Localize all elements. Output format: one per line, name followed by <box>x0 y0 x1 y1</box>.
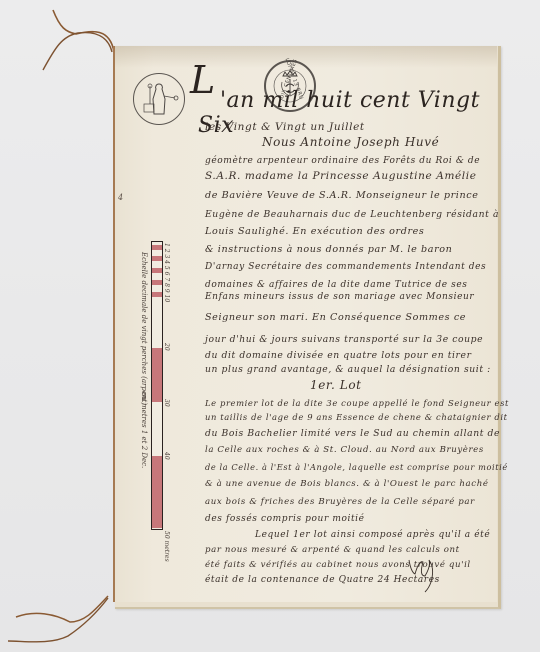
scale-tick: 30 <box>163 399 170 407</box>
lot-line: la Celle aux roches & à St. Cloud. au No… <box>205 445 484 455</box>
body-line: de Bavière Veuve de S.A.R. Monseigneur l… <box>205 190 479 201</box>
body-line: un plus grand avantage, & auquel la dési… <box>205 364 491 375</box>
lot-line: un taillis de l'age de 9 ans Essence de … <box>205 412 508 422</box>
body-line: Nous Antoine Joseph Huvé <box>262 135 439 149</box>
lot-line: aux bois & friches des Bruyères de la Ce… <box>205 497 475 507</box>
body-line: Enfans mineurs issus de son mariage avec… <box>205 292 474 302</box>
scale-bar <box>151 241 163 530</box>
scale-ticks-small: 1 2 3 4 5 6 7 8 9 10 <box>163 243 170 302</box>
body-line: géomètre arpenteur ordinaire des Forêts … <box>205 156 480 166</box>
scale-tick: 40 <box>163 452 170 460</box>
body-line: & instructions à nous donnés par M. le b… <box>205 244 452 255</box>
justice-figure-icon <box>134 74 184 124</box>
scale-caption: Echelle decimale de vingt perches (arpen… <box>140 252 148 405</box>
closing-line: Lequel 1er lot ainsi composé après qu'il… <box>255 530 490 540</box>
allegorical-seal-stamp <box>133 73 185 125</box>
body-line: jour d'hui & jours suivans transporté su… <box>205 334 483 345</box>
lot-title: 1er. Lot <box>310 378 362 392</box>
body-line: Louis Saulighé. En exécution des ordres <box>205 226 424 237</box>
heading-initial: L <box>190 58 216 102</box>
margin-mark: 4 <box>118 193 123 202</box>
signature-paraph <box>405 552 435 594</box>
lot-line: Le premier lot de la dite 3e coupe appel… <box>205 398 509 408</box>
scale-tick: 50 metres <box>163 531 170 562</box>
scale-tick: 20 <box>163 343 170 351</box>
lot-line: du Bois Bachelier limité vers le Sud au … <box>205 428 500 439</box>
body-line: Eugène de Beauharnais duc de Leuchtenber… <box>205 209 499 220</box>
body-line: les Vingt & Vingt un Juillet <box>205 121 365 133</box>
lot-line: des fossés compris pour moitié <box>205 514 365 524</box>
body-line: du dit domaine divisée en quatre lots po… <box>205 350 472 361</box>
scale-caption-lower: ou metres 1 et 2 Dec. <box>140 392 148 468</box>
lot-line: de la Celle. à l'Est à l'Angole, laquell… <box>205 462 508 472</box>
lot-line: & à une avenue de Bois blancs. & à l'Oue… <box>205 479 489 489</box>
body-line: D'arnay Secrétaire des commandements Int… <box>205 262 486 272</box>
body-line: Seigneur son mari. En Conséquence Sommes… <box>205 312 466 323</box>
body-line: S.A.R. madame la Princesse Augustine Amé… <box>205 170 477 182</box>
body-line: domaines & affaires de la dite dame Tutr… <box>205 280 468 290</box>
